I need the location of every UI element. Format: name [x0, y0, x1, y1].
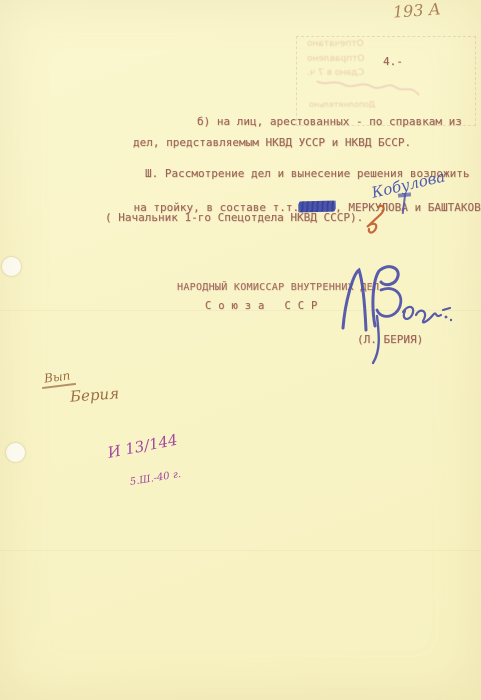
fold-line: [0, 310, 481, 311]
punch-hole-top: [2, 257, 21, 276]
bleedthrough-scribble: [313, 75, 424, 99]
margin-note-vyp: Вып: [43, 369, 71, 384]
scanned-document-page: 193 А Отпечатано Отправлено Сдано в 7 ч.…: [0, 0, 481, 700]
bleedthrough-stamp-box: Отпечатано Отправлено Сдано в 7 ч. Допол…: [296, 36, 476, 126]
paragraph-b-line1: б) на лиц, арестованных - по справкам из: [197, 116, 462, 127]
paragraph-3-line3: ( Начальник 1-го Спецотдела НКВД СССР).: [105, 212, 363, 223]
registry-date: 5.Ш.-40 г.: [129, 470, 182, 488]
fold-line: [0, 550, 481, 551]
paragraph-b-line2: дел, представляемым НКВД УССР и НКВД БСС…: [133, 137, 411, 148]
bleedthrough-line: Отпечатано: [307, 40, 364, 49]
red-pencil-mark: [359, 202, 387, 234]
punch-hole-bottom: [6, 443, 25, 462]
bleedthrough-line: Отправлено: [307, 55, 364, 64]
typed-page-number: 4.-: [383, 56, 403, 67]
handwritten-page-number: 193 А: [393, 1, 442, 20]
handwritten-signature-beria: [315, 260, 455, 368]
registry-number: И 13/144: [107, 433, 179, 461]
bleedthrough-line: Дополнительно: [309, 101, 375, 109]
margin-note-beria: Берия: [70, 386, 120, 404]
